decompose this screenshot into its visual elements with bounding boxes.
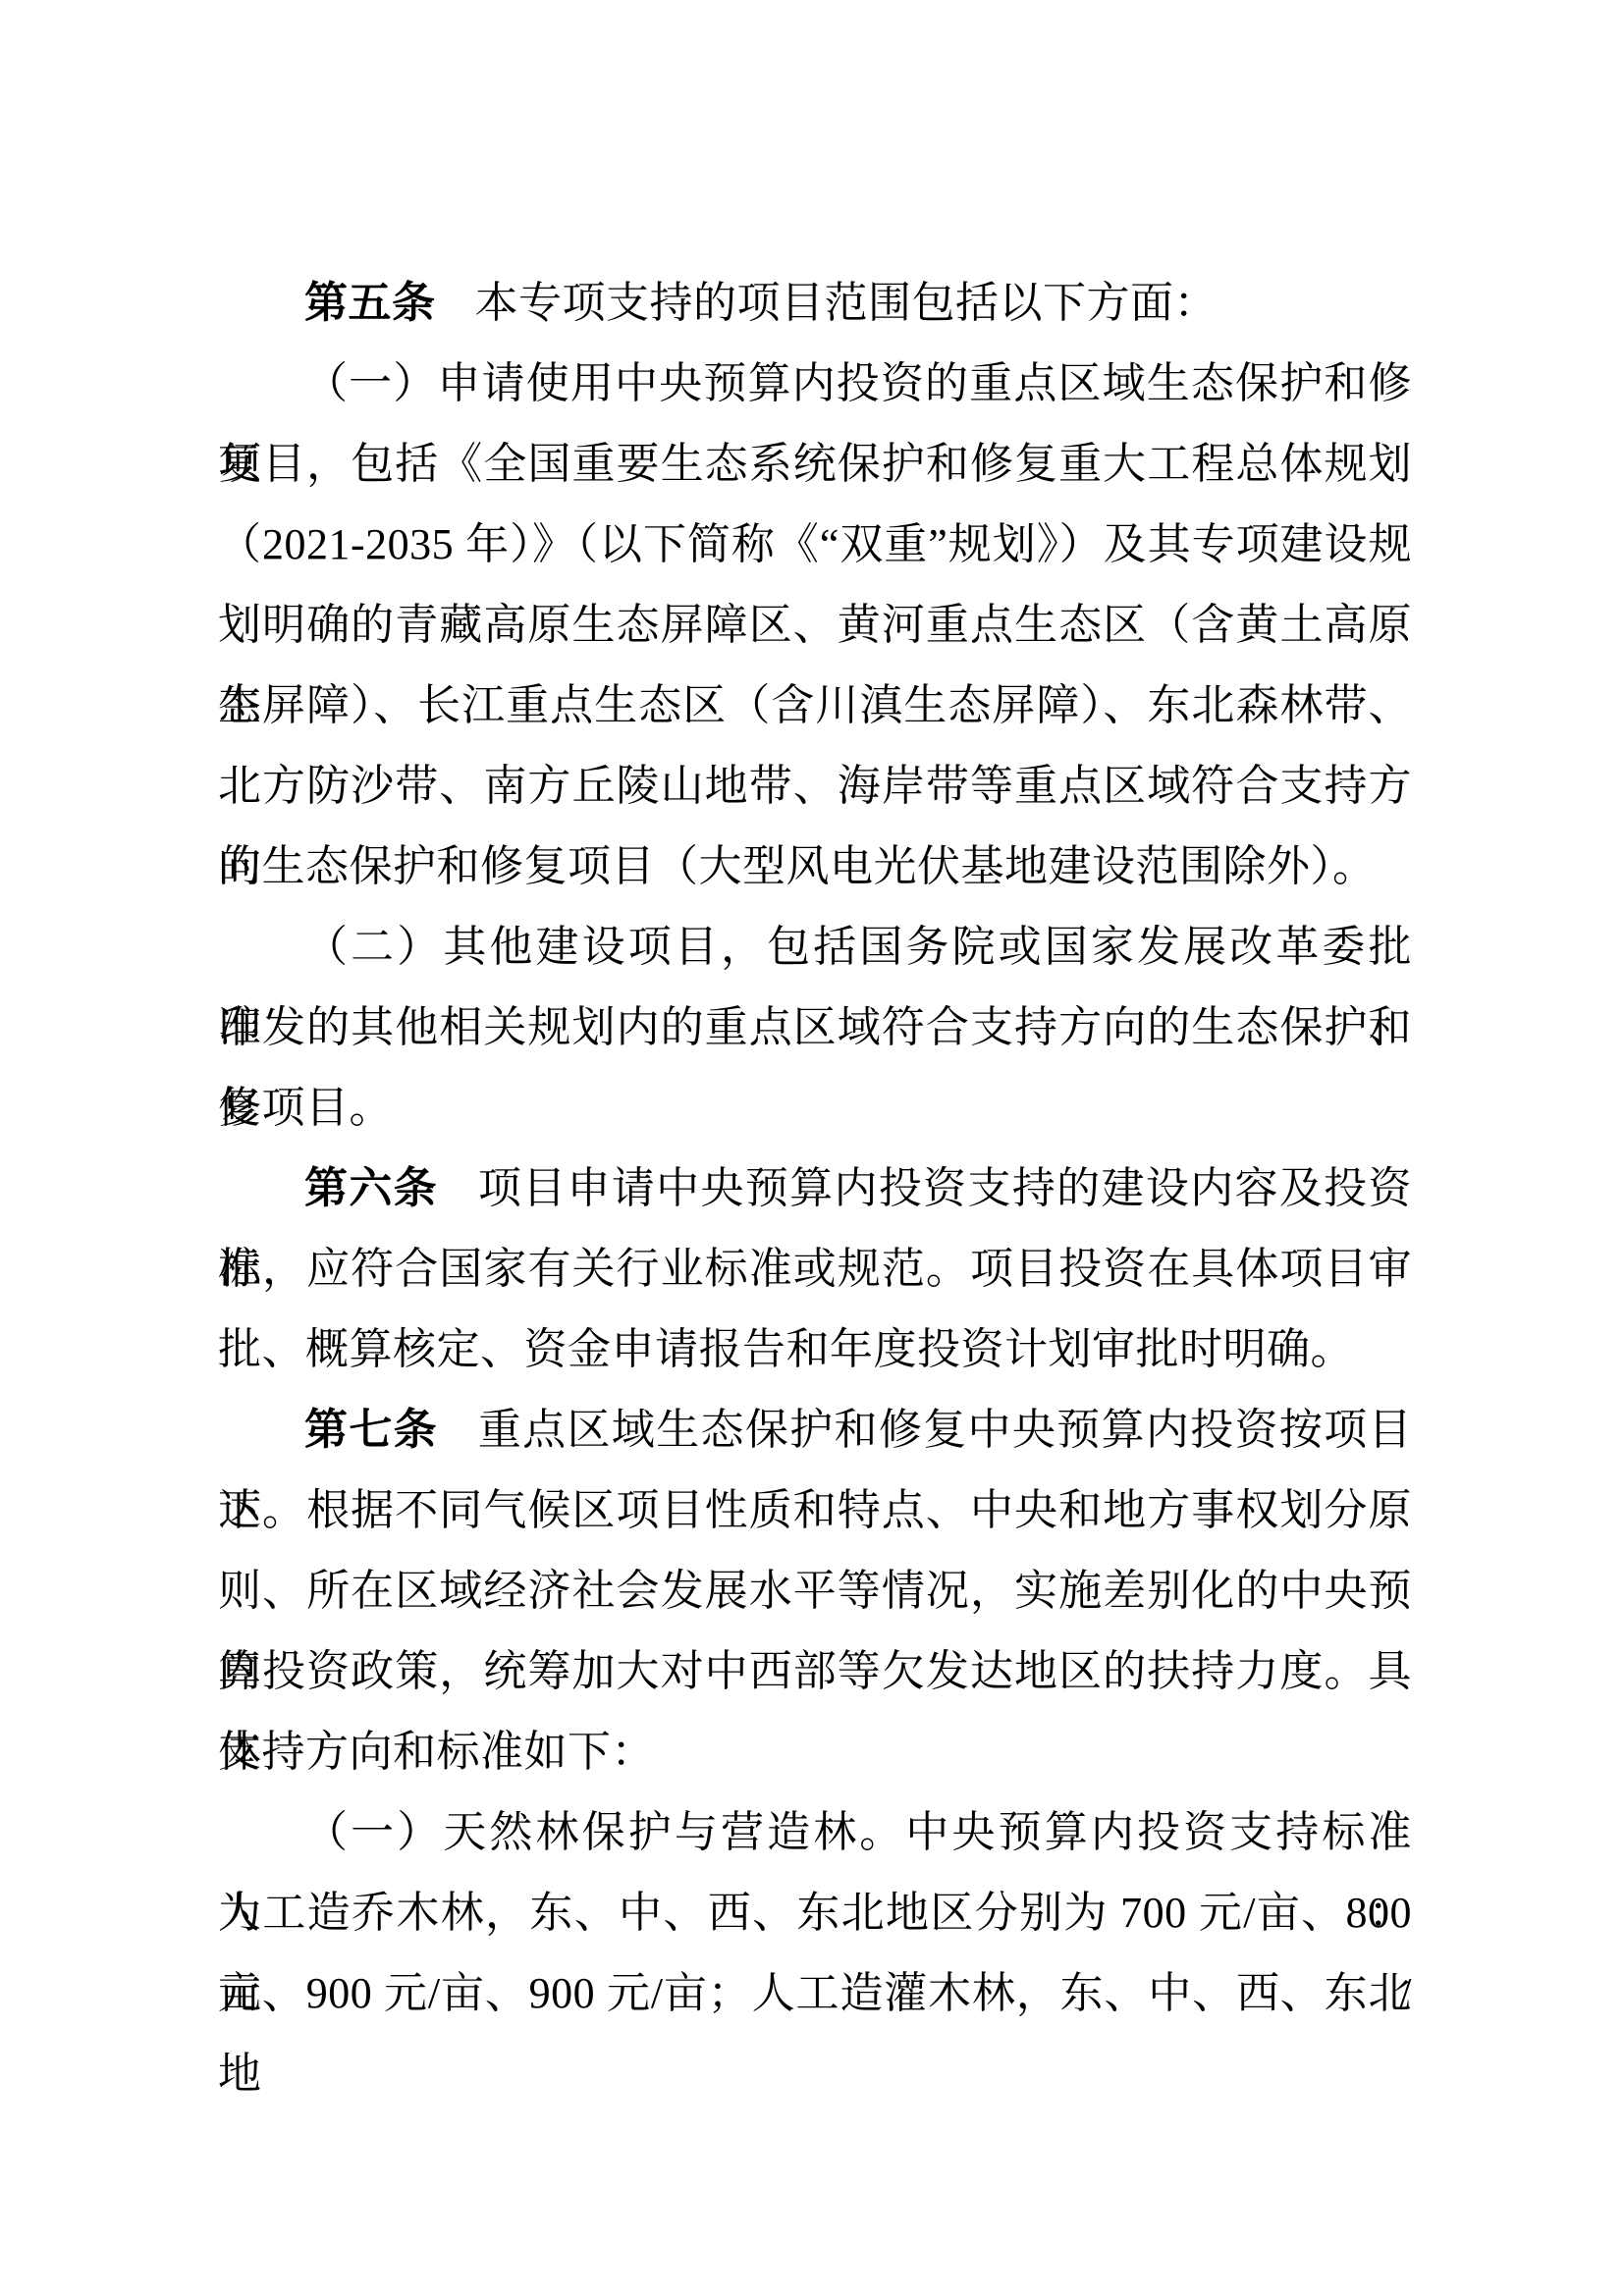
text-line: 第五条本专项支持的项目范围包括以下方面： [218, 263, 1412, 344]
text-line: 支持方向和标准如下： [218, 1712, 1412, 1792]
text-line: （一）天然林保护与营造林。中央预算内投资支持标准为： [218, 1792, 1412, 1873]
text-line: （二）其他建设项目，包括国务院或国家发展改革委批准、 [218, 907, 1412, 988]
text-line: 人工造乔木林，东、中、西、东北地区分别为 700 元/亩、800 元/ [218, 1873, 1412, 1953]
text-line: （一）申请使用中央预算内投资的重点区域生态保护和修复 [218, 344, 1412, 424]
text-line: 批、概算核定、资金申请报告和年度投资计划审批时明确。 [218, 1309, 1412, 1390]
line-text: 本专项支持的项目范围包括以下方面： [475, 279, 1218, 327]
text-line: （2021-2035 年）》（以下简称《“双重”规划》）及其专项建设规 [218, 505, 1412, 585]
text-line: 内投资政策，统筹加大对中西部等欠发达地区的扶持力度。具体 [218, 1631, 1412, 1712]
text-line: 项目，包括《全国重要生态系统保护和修复重大工程总体规划 [218, 424, 1412, 505]
text-line: 划明确的青藏高原生态屏障区、黄河重点生态区（含黄土高原生 [218, 585, 1412, 666]
document-page: 第五条本专项支持的项目范围包括以下方面：（一）申请使用中央预算内投资的重点区域生… [0, 0, 1624, 2296]
text-line: 亩、900 元/亩、900 元/亩；人工造灌木林，东、中、西、东北地 [218, 1953, 1412, 2034]
text-line: 准，应符合国家有关行业标准或规范。项目投资在具体项目审 [218, 1229, 1412, 1309]
text-line: 态屏障）、长江重点生态区（含川滇生态屏障）、东北森林带、 [218, 666, 1412, 746]
text-line: 的生态保护和修复项目（大型风电光伏基地建设范围除外）。 [218, 827, 1412, 907]
text-line: 印发的其他相关规划内的重点区域符合支持方向的生态保护和修 [218, 988, 1412, 1068]
text-line: 第七条重点区域生态保护和修复中央预算内投资按项目下 [218, 1390, 1412, 1470]
text-line: 北方防沙带、南方丘陵山地带、海岸带等重点区域符合支持方向 [218, 746, 1412, 827]
text-line: 复项目。 [218, 1068, 1412, 1148]
article-number-label: 第七条 [304, 1406, 438, 1454]
article-number-label: 第五条 [304, 279, 436, 327]
document-body: 第五条本专项支持的项目范围包括以下方面：（一）申请使用中央预算内投资的重点区域生… [218, 263, 1412, 2034]
article-number-label: 第六条 [304, 1164, 438, 1212]
text-line: 第六条项目申请中央预算内投资支持的建设内容及投资标 [218, 1148, 1412, 1229]
text-line: 达。根据不同气候区项目性质和特点、中央和地方事权划分原 [218, 1470, 1412, 1551]
text-line: 则、所在区域经济社会发展水平等情况，实施差别化的中央预算 [218, 1551, 1412, 1631]
